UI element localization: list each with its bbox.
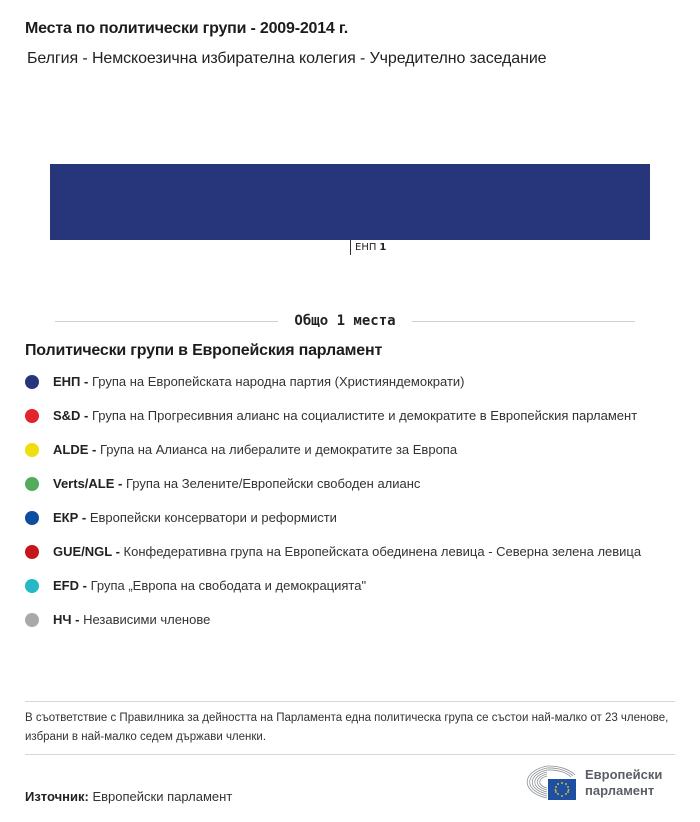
- group-abbreviation: ЕНП -: [53, 374, 92, 389]
- group-abbreviation: ALDE -: [53, 442, 100, 457]
- group-description: Конфедеративна група на Европейската обе…: [124, 544, 642, 559]
- legend-item: ЕНП - Група на Европейската народна парт…: [25, 372, 645, 391]
- segment-value: 1: [379, 242, 386, 253]
- divider-left: [55, 321, 278, 322]
- group-abbreviation: ЕКР -: [53, 510, 90, 525]
- legend-item: EFD - Група „Европа на свободата и демок…: [25, 576, 645, 595]
- source-value: Европейски парламент: [92, 789, 232, 804]
- legend-color-dot-icon: [25, 545, 39, 559]
- logo-line-1: Европейски: [585, 767, 662, 783]
- legend-color-dot-icon: [25, 477, 39, 491]
- legend-color-dot-icon: [25, 511, 39, 525]
- legend-item: GUE/NGL - Конфедеративна група на Европе…: [25, 542, 645, 561]
- group-abbreviation: EFD -: [53, 578, 91, 593]
- legend: ЕНП - Група на Европейската народна парт…: [25, 372, 645, 629]
- group-description: Група на Алианса на либералите и демокра…: [100, 442, 457, 457]
- group-description: Група на Зелените/Европейски свободен ал…: [126, 476, 420, 491]
- note-divider-top: [25, 701, 675, 702]
- group-abbreviation: НЧ -: [53, 612, 83, 627]
- group-description: Група на Прогресивния алианс на социалис…: [92, 408, 637, 423]
- legend-item: ALDE - Група на Алианса на либералите и …: [25, 440, 645, 459]
- legend-item: S&D - Група на Прогресивния алианс на со…: [25, 406, 645, 425]
- group-abbreviation: S&D -: [53, 408, 92, 423]
- group-description: Група на Европейската народна партия (Хр…: [92, 374, 465, 389]
- label-tick: [350, 240, 351, 255]
- source-label: Източник:: [25, 789, 89, 804]
- group-abbreviation: GUE/NGL -: [53, 544, 124, 559]
- european-parliament-logo: Европейски парламент: [515, 765, 662, 801]
- group-description: Независими членове: [83, 612, 210, 627]
- chart-title: Места по политически групи - 2009-2014 г…: [25, 20, 348, 38]
- group-abbreviation: Verts/ALE -: [53, 476, 126, 491]
- legend-item: Verts/ALE - Група на Зелените/Европейски…: [25, 474, 645, 493]
- logo-line-2: парламент: [585, 783, 662, 799]
- rules-note: В съответствие с Правилника за дейността…: [25, 709, 675, 747]
- legend-color-dot-icon: [25, 409, 39, 423]
- legend-item: ЕКР - Европейски консерватори и реформис…: [25, 508, 645, 527]
- group-description: Група „Европа на свободата и демокрацият…: [91, 578, 367, 593]
- divider-right: [412, 321, 635, 322]
- segment-name: ЕНП: [355, 242, 376, 253]
- total-seats-label: Общо 1 места: [278, 313, 411, 329]
- group-description: Европейски консерватори и реформисти: [90, 510, 337, 525]
- legend-item: НЧ - Независими членове: [25, 610, 645, 629]
- seat-bar: [50, 164, 650, 240]
- note-divider-bottom: [25, 754, 675, 755]
- legend-color-dot-icon: [25, 579, 39, 593]
- chart-subtitle: Белгия - Немскоезична избирателна колеги…: [27, 50, 546, 68]
- source: Източник: Европейски парламент: [25, 789, 232, 804]
- legend-color-dot-icon: [25, 443, 39, 457]
- legend-color-dot-icon: [25, 375, 39, 389]
- bar-segment: [50, 164, 650, 240]
- legend-title: Политически групи в Европейския парламен…: [25, 342, 382, 360]
- bar-segment-label: ЕНП1: [350, 240, 386, 255]
- parliament-hemicycle-icon: [515, 765, 577, 801]
- legend-color-dot-icon: [25, 613, 39, 627]
- total-seats-row: Общо 1 места: [55, 311, 635, 331]
